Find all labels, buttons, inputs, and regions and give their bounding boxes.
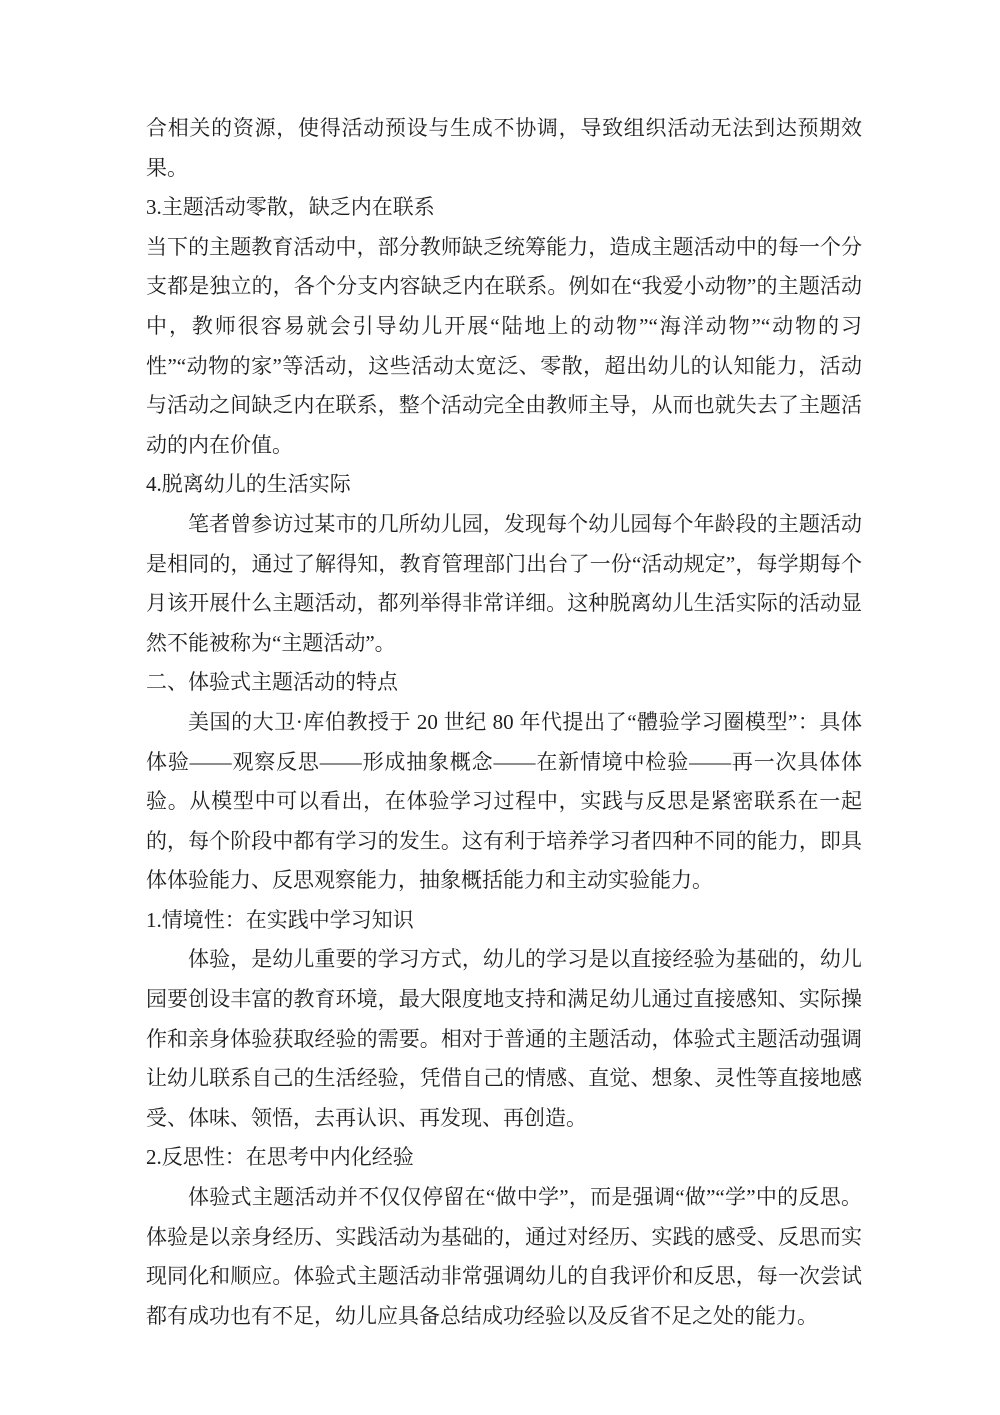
section-heading: 1.情境性：在实践中学习知识: [146, 901, 862, 941]
body-paragraph: 当下的主题教育活动中，部分教师缺乏统筹能力，造成主题活动中的每一个分支都是独立的…: [146, 228, 862, 466]
section-heading: 二、体验式主题活动的特点: [146, 663, 862, 703]
document-text-block: 合相关的资源，使得活动预设与生成不协调，导致组织活动无法到达预期效果。3.主题活…: [146, 109, 862, 1336]
body-paragraph: 体验，是幼儿重要的学习方式，幼儿的学习是以直接经验为基础的，幼儿园要创设丰富的教…: [146, 940, 862, 1138]
section-heading: 2.反思性：在思考中内化经验: [146, 1138, 862, 1178]
body-paragraph: 合相关的资源，使得活动预设与生成不协调，导致组织活动无法到达预期效果。: [146, 109, 862, 188]
body-paragraph: 体验式主题活动并不仅仅停留在“做中学”，而是强调“做”“学”中的反思。体验是以亲…: [146, 1178, 862, 1336]
section-heading: 3.主题活动零散，缺乏内在联系: [146, 188, 862, 228]
body-paragraph: 笔者曾参访过某市的几所幼儿园，发现每个幼儿园每个年龄段的主题活动是相同的，通过了…: [146, 505, 862, 663]
section-heading: 4.脱离幼儿的生活实际: [146, 465, 862, 505]
document-page: 合相关的资源，使得活动预设与生成不协调，导致组织活动无法到达预期效果。3.主题活…: [0, 0, 1000, 1415]
body-paragraph: 美国的大卫·库伯教授于 20 世纪 80 年代提出了“體验学习圈模型”：具体体验…: [146, 703, 862, 901]
